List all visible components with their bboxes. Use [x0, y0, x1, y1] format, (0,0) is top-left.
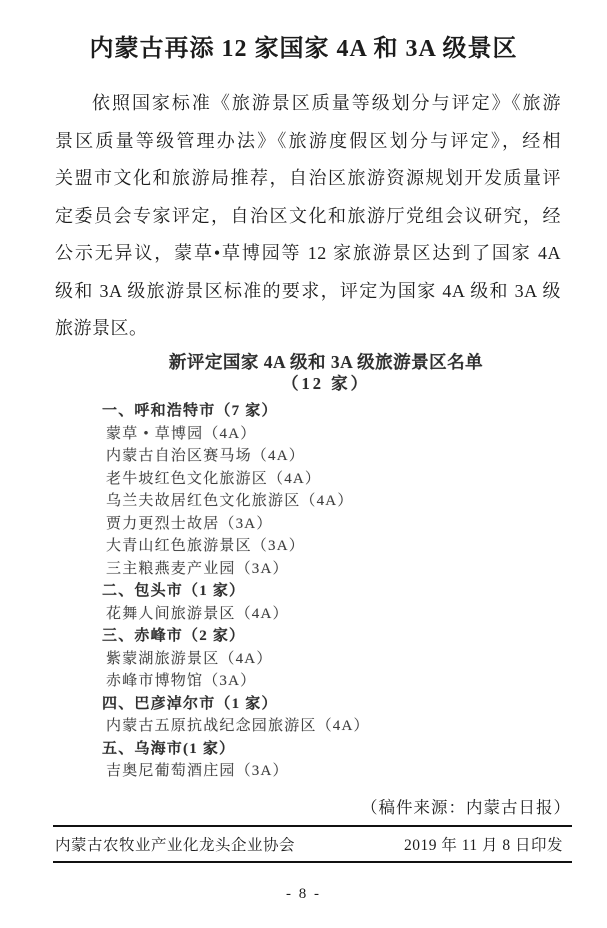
- body-line: 关盟市文化和旅游局推荐，自治区旅游资源规划开发质量评: [55, 160, 561, 198]
- page-number: - 8 -: [0, 886, 607, 903]
- list-item: 大青山红色旅游景区（3A）: [100, 535, 552, 558]
- list-item: 内蒙古自治区赛马场（4A）: [100, 445, 552, 468]
- body-line: 依照国家标准《旅游景区质量等级划分与评定》《旅游: [55, 85, 561, 123]
- document-page: 内蒙古再添 12 家国家 4A 和 3A 级景区 依照国家标准《旅游景区质量等级…: [0, 0, 607, 928]
- list-section-header-hohhot: 一、呼和浩特市（7 家）: [100, 400, 552, 423]
- list-section-header-bayannur: 四、巴彦淖尔市（1 家）: [100, 693, 552, 716]
- source-attribution: （稿件来源：内蒙古日报）: [361, 794, 571, 818]
- list-item: 内蒙古五原抗战纪念园旅游区（4A）: [100, 715, 552, 738]
- body-line: 级和 3A 级旅游景区标准的要求，评定为国家 4A 级和 3A 级: [55, 273, 561, 311]
- list-item: 蒙草 • 草博园（4A）: [100, 423, 552, 446]
- footer-rule-bottom: [53, 861, 572, 863]
- list-subtitle: （12 家）: [100, 373, 552, 394]
- footer-print-date: 2019 年 11 月 8 日印发: [404, 831, 563, 860]
- list-item: 贾力更烈士故居（3A）: [100, 513, 552, 536]
- list-item: 老牛坡红色文化旅游区（4A）: [100, 468, 552, 491]
- list-title: 新评定国家 4A 级和 3A 级旅游景区名单: [100, 352, 552, 373]
- list-item: 紫蒙湖旅游景区（4A）: [100, 648, 552, 671]
- body-paragraph: 依照国家标准《旅游景区质量等级划分与评定》《旅游 景区质量等级管理办法》《旅游度…: [55, 85, 561, 348]
- scenic-area-list: 新评定国家 4A 级和 3A 级旅游景区名单 （12 家） 一、呼和浩特市（7 …: [100, 352, 552, 783]
- footer-issuer: 内蒙古农牧业产业化龙头企业协会: [55, 831, 295, 860]
- list-item: 三主粮燕麦产业园（3A）: [100, 558, 552, 581]
- list-item: 花舞人间旅游景区（4A）: [100, 603, 552, 626]
- list-section-header-chifeng: 三、赤峰市（2 家）: [100, 625, 552, 648]
- body-line: 旅游景区。: [55, 310, 561, 348]
- body-line: 定委员会专家评定，自治区文化和旅游厅党组会议研究，经: [55, 198, 561, 236]
- body-line: 景区质量等级管理办法》《旅游度假区划分与评定》，经相: [55, 123, 561, 161]
- list-section-header-baotou: 二、包头市（1 家）: [100, 580, 552, 603]
- body-line: 公示无异议，蒙草•草博园等 12 家旅游景区达到了国家 4A: [55, 235, 561, 273]
- list-item: 吉奥尼葡萄酒庄园（3A）: [100, 760, 552, 783]
- list-section-header-wuhai: 五、乌海市(1 家）: [100, 738, 552, 761]
- page-title: 内蒙古再添 12 家国家 4A 和 3A 级景区: [0, 28, 607, 63]
- footer: 内蒙古农牧业产业化龙头企业协会 2019 年 11 月 8 日印发: [55, 831, 563, 860]
- list-item: 赤峰市博物馆（3A）: [100, 670, 552, 693]
- list-item: 乌兰夫故居红色文化旅游区（4A）: [100, 490, 552, 513]
- footer-rule-top: [53, 825, 572, 827]
